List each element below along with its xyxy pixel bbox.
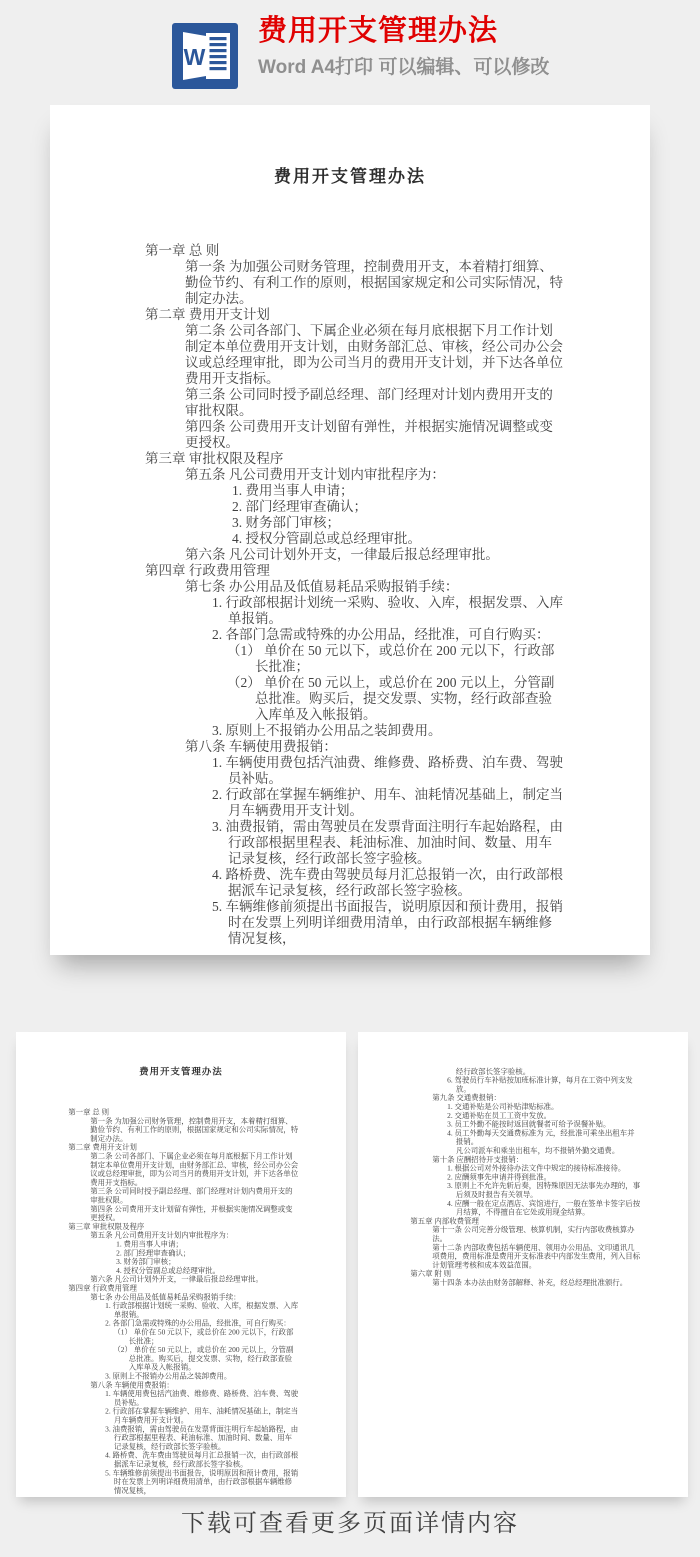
header-title: 费用开支管理办法 [258,14,549,48]
doc-body-thumb-1: 第一章 总 则第一条 为加强公司财务管理，控制费用开支，本着精打细算、勤俭节约、… [16,1108,346,1495]
doc-line: 第二条 公司各部门、下属企业必须在每月底根据下月工作计划制定本单位费用开支计划，… [185,323,565,387]
doc-line: 第八条 车辆使用费报销： [90,1381,299,1390]
doc-line: 4. 授权分管副总或总经理审批。 [126,1266,299,1275]
doc-body-thumb-2: 经行政部长签字验核。6. 驾驶员行车补贴按加班标准计算，每月在工资中列支发放。第… [358,1067,688,1287]
doc-line: 第一章 总 则 [68,1108,299,1117]
doc-line: 4. 授权分管副总或总经理审批。 [250,531,565,547]
doc-line: 第五条 凡公司费用开支计划内审批程序为： [185,467,565,483]
doc-line: 第五条 凡公司费用开支计划内审批程序为： [90,1231,299,1240]
doc-line: 第六条 凡公司计划外开支，一律最后报总经理审批。 [90,1275,299,1284]
doc-line: 4. 员工外勤每天交通费标准为 元，经批准可乘坐出租车并报销。 [456,1129,641,1147]
doc-line: 第十条 应酬招待开支报销： [432,1155,641,1164]
doc-line: 第四条 公司费用开支计划留有弹性，并根据实施情况调整或变更授权。 [90,1205,299,1223]
footer: 下载可查看更多页面详情内容 [0,1503,700,1557]
doc-line: 3. 员工外勤不能按时返回就餐者可给予误餐补贴。 [456,1120,641,1129]
doc-line: 2. 应酬须事先申请并得到批准。 [456,1173,641,1182]
header-subtitle: Word A4打印 可以编辑、可以修改 [258,57,549,79]
doc-line: （1） 单价在 50 元以下，或总价在 200 元以下，行政部长批准； [255,643,565,675]
doc-line: 1. 交通补贴是公司补贴津贴标准。 [456,1102,641,1111]
doc-line: 6. 驾驶员行车补贴按加班标准计算，每月在工资中列支发放。 [456,1076,641,1094]
doc-line: 第三条 公司同时授予副总经理、部门经理对计划内费用开支的审批权限。 [90,1187,299,1205]
doc-line: 第十四条 本办法由财务部解释、补充，经总经理批准颁行。 [432,1278,641,1287]
doc-line: 第七条 办公用品及低值易耗品采购报销手续： [90,1293,299,1302]
doc-line: 第一章 总 则 [145,243,565,259]
doc-title-thumb: 费用开支管理办法 [16,1066,346,1077]
doc-line: 第一条 为加强公司财务管理，控制费用开支，本着精打细算、勤俭节约、有利工作的原则… [90,1117,299,1143]
doc-line: 4. 路桥费、洗车费由驾驶员每月汇总报销一次，由行政部根据派车记录复核，经行政部… [228,867,565,899]
doc-line: 3. 油费报销，需由驾驶员在发票背面注明行车起始路程，由行政部根据里程表、耗油标… [114,1425,299,1451]
doc-line: 2. 交通补贴在员工工资中发放。 [456,1111,641,1120]
doc-line: 1. 费用当事人申请； [250,483,565,499]
doc-line: 第十一条 公司完善分级管理、核算机制，实行内部收费核算办法。 [432,1226,641,1244]
doc-line: 第二条 公司各部门、下属企业必须在每月底根据下月工作计划制定本单位费用开支计划，… [90,1152,299,1187]
header: W 费用开支管理办法 Word A4打印 可以编辑、可以修改 [0,0,700,100]
doc-line: 1. 行政部根据计划统一采购、验收、入库，根据发票、入库单报销。 [114,1302,299,1320]
word-icon: W [172,23,238,89]
doc-line: 5. 车辆维修前须提出书面报告，说明原因和预计费用，报销时在发票上列明详细费用清… [114,1469,299,1495]
thumbnail-page-2[interactable]: 经行政部长签字验核。6. 驾驶员行车补贴按加班标准计算，每月在工资中列支发放。第… [358,1032,688,1497]
doc-line: 第六条 凡公司计划外开支，一律最后报总经理审批。 [185,547,565,563]
doc-line: 第三章 审批权限及程序 [68,1222,299,1231]
doc-line: 2. 行政部在掌握车辆维护、用车、油耗情况基础上，制定当月车辆费用开支计划。 [114,1407,299,1425]
thumbnail-page-1[interactable]: 费用开支管理办法 第一章 总 则第一条 为加强公司财务管理，控制费用开支，本着精… [16,1032,346,1497]
thumbnail-page-2-content: 经行政部长签字验核。6. 驾驶员行车补贴按加班标准计算，每月在工资中列支发放。第… [358,1032,688,1497]
doc-line: （1） 单价在 50 元以下，或总价在 200 元以下，行政部长批准； [129,1328,300,1346]
doc-line: 经行政部长签字验核。 [456,1067,641,1076]
doc-line: 第六章 附 则 [410,1270,641,1279]
doc-line: 第四章 行政费用管理 [68,1284,299,1293]
doc-line: 2. 各部门急需或特殊的办公用品，经批准，可自行购买： [228,627,565,643]
footer-note: 下载可查看更多页面详情内容 [0,1503,700,1545]
doc-line: 4. 应酬一般在定点酒店、宾馆进行，一般在签单卡签字后按月结算，不得擅自在它处或… [456,1199,641,1217]
doc-line: 第三条 公司同时授予副总经理、部门经理对计划内费用开支的审批权限。 [185,387,565,419]
doc-line: 3. 原则上不报销办公用品之装卸费用。 [228,723,565,739]
doc-line: （2） 单价在 50 元以上，或总价在 200 元以上，分管副总批准。购买后，提… [255,675,565,723]
doc-line: 第九条 交通费报销： [432,1094,641,1103]
doc-line: （2） 单价在 50 元以上，或总价在 200 元以上，分管副总批准。购买后，提… [129,1346,300,1372]
doc-line: 2. 各部门急需或特殊的办公用品，经批准，可自行购买： [114,1319,299,1328]
doc-line: 第四章 行政费用管理 [145,563,565,579]
thumbnail-page-1-content: 费用开支管理办法 第一章 总 则第一条 为加强公司财务管理，控制费用开支，本着精… [16,1032,346,1497]
doc-line: 2. 部门经理审查确认； [250,499,565,515]
doc-line: 5. 车辆维修前须提出书面报告，说明原因和预计费用，报销时在发票上列明详细费用清… [228,899,565,947]
doc-title: 费用开支管理办法 [50,167,650,187]
doc-line: 3. 财务部门审核； [250,515,565,531]
doc-line: 1. 车辆使用费包括汽油费、维修费、路桥费、泊车费、驾驶员补贴。 [228,755,565,787]
doc-line: 3. 油费报销，需由驾驶员在发票背面注明行车起始路程，由行政部根据里程表、耗油标… [228,819,565,867]
doc-line: 3. 财务部门审核； [126,1258,299,1267]
doc-line: 4. 路桥费、洗车费由驾驶员每月汇总报销一次，由行政部根据派车记录复核，经行政部… [114,1451,299,1469]
doc-line: 1. 根据公司对外接待办法文件中规定的接待标准接待。 [456,1164,641,1173]
header-text-group: 费用开支管理办法 Word A4打印 可以编辑、可以修改 [258,14,549,79]
doc-line: 3. 原则上不允许先斩后奏，因特殊原因无法事先办理的，事后须及时报告有关领导。 [456,1182,641,1200]
doc-line: 3. 原则上不报销办公用品之装卸费用。 [114,1372,299,1381]
page-root: { "header": { "title": "费用开支管理办法", "subt… [0,0,700,1557]
doc-line: 1. 行政部根据计划统一采购、验收、入库，根据发票、入库单报销。 [228,595,565,627]
doc-line: 凡公司派车和乘坐出租车，均不报销外勤交通费。 [456,1146,641,1155]
document-preview-page-1[interactable]: 费用开支管理办法 第一章 总 则第一条 为加强公司财务管理，控制费用开支，本着精… [50,105,650,955]
doc-line: 第八条 车辆使用费报销： [185,739,565,755]
doc-line: 2. 部门经理审查确认； [126,1249,299,1258]
doc-line: 1. 车辆使用费包括汽油费、维修费、路桥费、泊车费、驾驶员补贴。 [114,1390,299,1408]
doc-line: 第五章 内部收费管理 [410,1217,641,1226]
svg-text:W: W [184,44,206,70]
doc-line: 第七条 办公用品及低值易耗品采购报销手续： [185,579,565,595]
doc-line: 第三章 审批权限及程序 [145,451,565,467]
doc-line: 2. 行政部在掌握车辆维护、用车、油耗情况基础上，制定当月车辆费用开支计划。 [228,787,565,819]
doc-line: 第一条 为加强公司财务管理，控制费用开支，本着精打细算、勤俭节约、有利工作的原则… [185,259,565,307]
doc-line: 第二章 费用开支计划 [68,1143,299,1152]
doc-line: 1. 费用当事人申请； [126,1240,299,1249]
doc-line: 第二章 费用开支计划 [145,307,565,323]
doc-line: 第十二条 内部收费包括车辆使用、领用办公用品、文印通讯几项费用，费用标准是费用开… [432,1243,641,1269]
doc-body-page-1: 第一章 总 则第一条 为加强公司财务管理，控制费用开支，本着精打细算、勤俭节约、… [50,243,650,947]
doc-line: 第四条 公司费用开支计划留有弹性，并根据实施情况调整或变更授权。 [185,419,565,451]
